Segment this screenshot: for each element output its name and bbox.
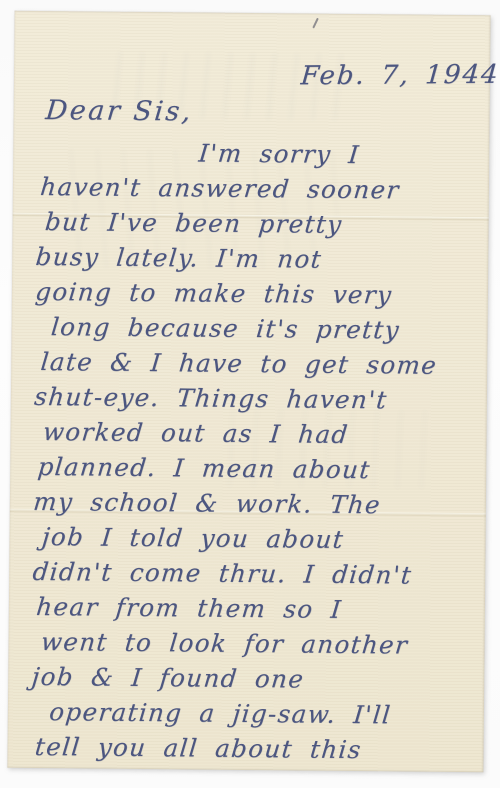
letter-line: operating a jig-saw. I'll (48, 694, 483, 733)
letter-line: job & I found one (30, 659, 483, 698)
letter-line: my school & work. The (32, 484, 485, 523)
letter-paper: Feb. 7, 1944. Dear Sis, I'm sorry Ihaven… (7, 11, 490, 773)
letter-line: late & I have to get some (39, 344, 486, 383)
letter-line: going to make this very (34, 274, 487, 313)
letter-line: tell you all about this (33, 729, 482, 768)
letter-line: but I've been pretty (43, 204, 487, 243)
letter-line: busy lately. I'm not (34, 239, 487, 278)
scan-background: Feb. 7, 1944. Dear Sis, I'm sorry Ihaven… (0, 0, 500, 788)
salutation: Dear Sis, (44, 95, 194, 127)
letter-line: shut-eye. Things haven't (33, 379, 486, 418)
date-line: Feb. 7, 1944. (300, 60, 500, 92)
letter-line: didn't come thru. I didn't (31, 554, 484, 593)
letter-line: long because it's pretty (49, 309, 486, 348)
stray-mark (312, 18, 319, 29)
letter-line: worked out as I had (41, 414, 485, 453)
letter-line: I'm sorry I (35, 134, 488, 173)
letter-line: job I told you about (40, 519, 484, 558)
letter-line: hear from them so I (35, 589, 484, 628)
letter-body: I'm sorry Ihaven't answered soonerbut I'… (29, 134, 485, 768)
letter-line: planned. I mean about (36, 449, 485, 488)
letter-line: went to look for another (39, 624, 483, 663)
letter-line: haven't answered sooner (39, 169, 488, 208)
